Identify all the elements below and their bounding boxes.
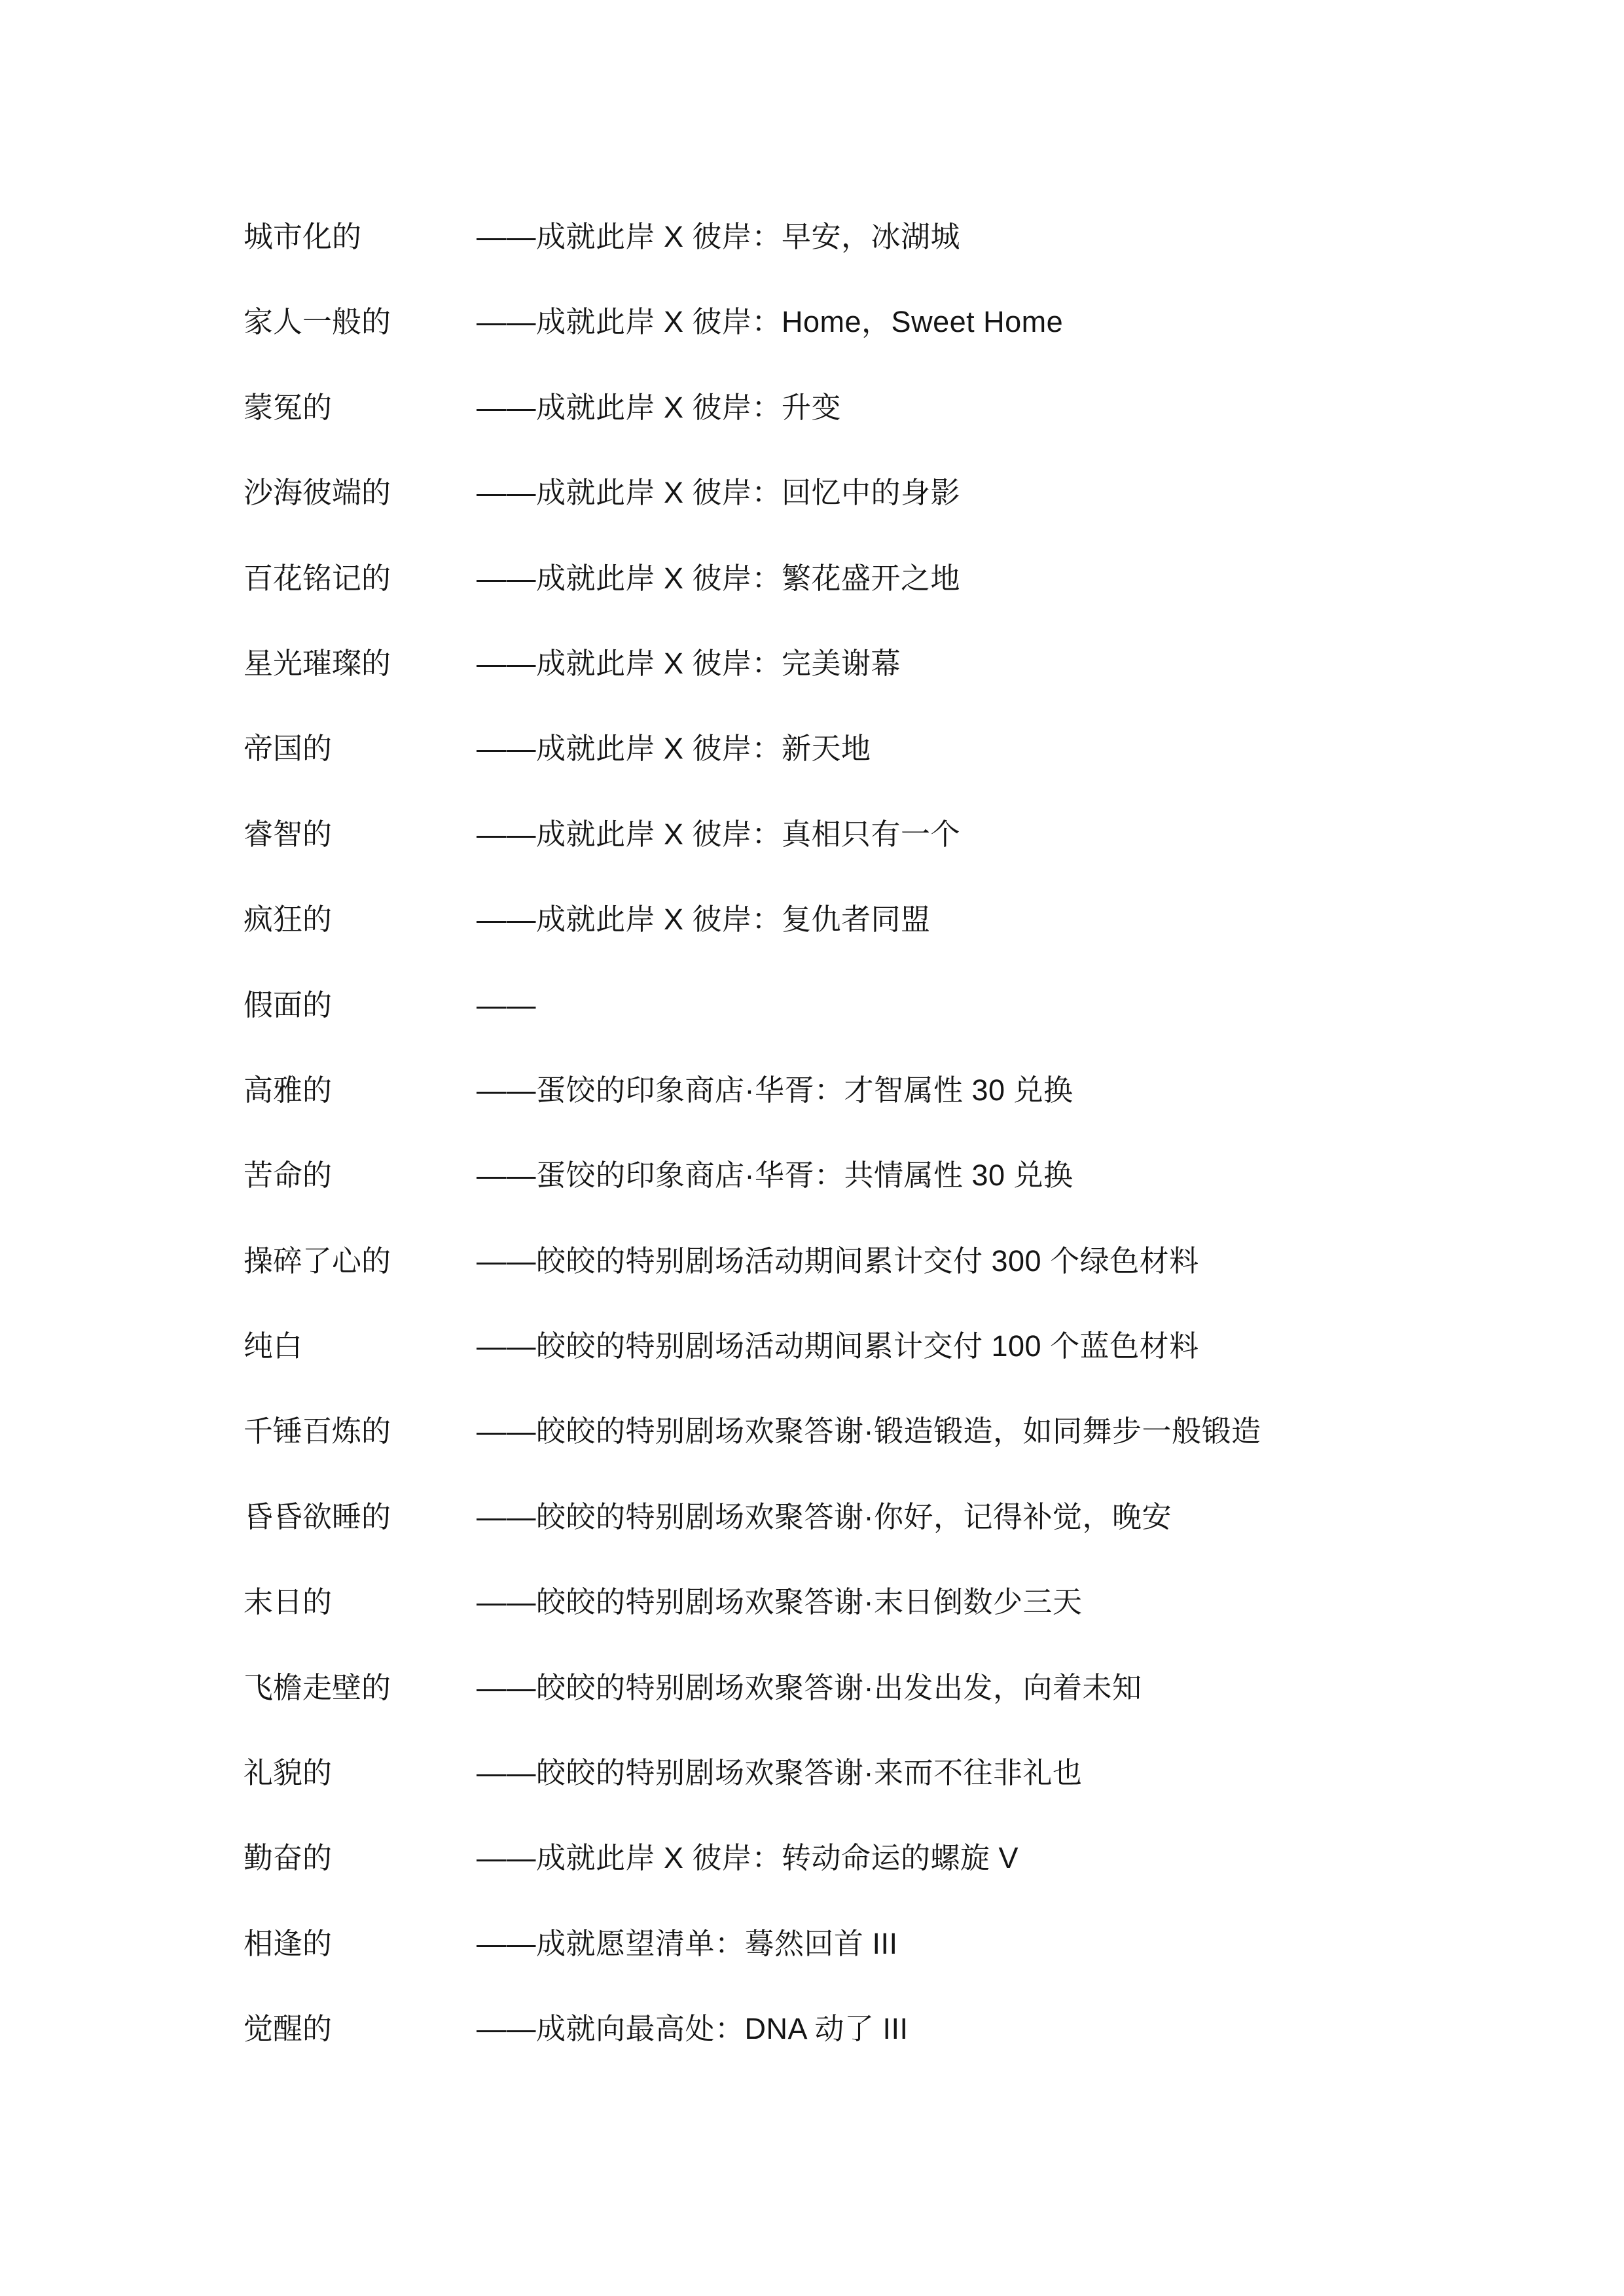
entry-source-description: ——成就此岸 X 彼岸：早安，冰湖城: [477, 220, 960, 254]
entry-source-description: ——皎皎的特别剧场欢聚答谢·出发出发，向着未知: [477, 1671, 1142, 1705]
entry-title-prefix: 帝国的: [244, 732, 477, 766]
entry-source-description: ——成就此岸 X 彼岸：回忆中的身影: [477, 476, 960, 510]
entry-title-prefix: 苦命的: [244, 1158, 477, 1193]
entry-title-prefix: 睿智的: [244, 817, 477, 852]
entry-title-prefix: 操碎了心的: [244, 1244, 477, 1278]
entry-title-prefix: 勤奋的: [244, 1841, 477, 1875]
entry-title-prefix: 蒙冤的: [244, 391, 477, 425]
entry-row: 苦命的 ——蛋饺的印象商店·华胥：共情属性 30 兑换: [244, 1158, 1545, 1244]
entry-source-description: ——成就此岸 X 彼岸：转动命运的螺旋 V: [477, 1841, 1019, 1875]
entry-source-description: ——成就此岸 X 彼岸：复仇者同盟: [477, 903, 931, 937]
entry-row: 末日的 ——皎皎的特别剧场欢聚答谢·末日倒数少三天: [244, 1585, 1545, 1670]
entry-source-description: ——成就此岸 X 彼岸：完美谢幕: [477, 647, 901, 681]
entry-source-description: ——皎皎的特别剧场活动期间累计交付 300 个绿色材料: [477, 1244, 1199, 1278]
entry-row: 高雅的 ——蛋饺的印象商店·华胥：才智属性 30 兑换: [244, 1073, 1545, 1158]
entry-row: 蒙冤的 ——成就此岸 X 彼岸：升变: [244, 391, 1545, 476]
entry-row: 昏昏欲睡的 ——皎皎的特别剧场欢聚答谢·你好，记得补觉，晚安: [244, 1500, 1545, 1585]
entry-source-description: ——成就向最高处：DNA 动了 III: [477, 2012, 909, 2046]
entry-source-description: ——蛋饺的印象商店·华胥：共情属性 30 兑换: [477, 1158, 1074, 1193]
entry-title-prefix: 城市化的: [244, 220, 477, 254]
entry-source-description: ——皎皎的特别剧场活动期间累计交付 100 个蓝色材料: [477, 1329, 1199, 1363]
entry-title-prefix: 千锤百炼的: [244, 1414, 477, 1448]
entry-title-prefix: 高雅的: [244, 1073, 477, 1107]
entry-source-description: ——成就愿望清单：蓦然回首 III: [477, 1927, 898, 1961]
entry-title-prefix: 假面的: [244, 988, 477, 1022]
entry-source-description: ——: [477, 988, 536, 1022]
entry-source-description: ——成就此岸 X 彼岸：新天地: [477, 732, 871, 766]
entry-source-description: ——皎皎的特别剧场欢聚答谢·你好，记得补觉，晚安: [477, 1500, 1172, 1534]
entry-row: 千锤百炼的 ——皎皎的特别剧场欢聚答谢·锻造锻造，如同舞步一般锻造: [244, 1414, 1545, 1499]
entry-row: 疯狂的 ——成就此岸 X 彼岸：复仇者同盟: [244, 903, 1545, 988]
entry-row: 沙海彼端的 ——成就此岸 X 彼岸：回忆中的身影: [244, 476, 1545, 561]
entry-row: 睿智的 ——成就此岸 X 彼岸：真相只有一个: [244, 817, 1545, 903]
entry-row: 相逢的 ——成就愿望清单：蓦然回首 III: [244, 1927, 1545, 2012]
entry-title-prefix: 昏昏欲睡的: [244, 1500, 477, 1534]
entry-row: 星光璀璨的 ——成就此岸 X 彼岸：完美谢幕: [244, 647, 1545, 732]
entry-title-prefix: 星光璀璨的: [244, 647, 477, 681]
entry-source-description: ——皎皎的特别剧场欢聚答谢·来而不往非礼也: [477, 1756, 1083, 1790]
entry-title-prefix: 家人一般的: [244, 305, 477, 339]
entry-source-description: ——皎皎的特别剧场欢聚答谢·锻造锻造，如同舞步一般锻造: [477, 1414, 1261, 1448]
entry-row: 家人一般的 ——成就此岸 X 彼岸：Home，Sweet Home: [244, 305, 1545, 390]
entry-row: 飞檐走壁的 ——皎皎的特别剧场欢聚答谢·出发出发，向着未知: [244, 1671, 1545, 1756]
entry-row: 纯白 ——皎皎的特别剧场活动期间累计交付 100 个蓝色材料: [244, 1329, 1545, 1414]
entry-row: 操碎了心的 ——皎皎的特别剧场活动期间累计交付 300 个绿色材料: [244, 1244, 1545, 1329]
entry-row: 假面的 ——: [244, 988, 1545, 1073]
entry-source-description: ——皎皎的特别剧场欢聚答谢·末日倒数少三天: [477, 1585, 1083, 1619]
entry-title-prefix: 相逢的: [244, 1927, 477, 1961]
entry-title-prefix: 礼貌的: [244, 1756, 477, 1790]
entry-title-prefix: 疯狂的: [244, 903, 477, 937]
entry-title-prefix: 百花铭记的: [244, 562, 477, 596]
entry-title-prefix: 飞檐走壁的: [244, 1671, 477, 1705]
entry-source-description: ——蛋饺的印象商店·华胥：才智属性 30 兑换: [477, 1073, 1074, 1107]
entry-row: 城市化的 ——成就此岸 X 彼岸：早安，冰湖城: [244, 220, 1545, 305]
entry-row: 勤奋的 ——成就此岸 X 彼岸：转动命运的螺旋 V: [244, 1841, 1545, 1926]
entry-row: 帝国的 ——成就此岸 X 彼岸：新天地: [244, 732, 1545, 817]
entry-title-prefix: 沙海彼端的: [244, 476, 477, 510]
entry-source-description: ——成就此岸 X 彼岸：繁花盛开之地: [477, 562, 960, 596]
entry-title-prefix: 末日的: [244, 1585, 477, 1619]
entry-source-description: ——成就此岸 X 彼岸：Home，Sweet Home: [477, 305, 1063, 339]
entry-row: 礼貌的 ——皎皎的特别剧场欢聚答谢·来而不往非礼也: [244, 1756, 1545, 1841]
document-page: 城市化的 ——成就此岸 X 彼岸：早安，冰湖城 家人一般的 ——成就此岸 X 彼…: [0, 0, 1624, 2296]
entry-source-description: ——成就此岸 X 彼岸：升变: [477, 391, 841, 425]
entry-row: 百花铭记的 ——成就此岸 X 彼岸：繁花盛开之地: [244, 562, 1545, 647]
entry-list: 城市化的 ——成就此岸 X 彼岸：早安，冰湖城 家人一般的 ——成就此岸 X 彼…: [244, 220, 1545, 2098]
entry-source-description: ——成就此岸 X 彼岸：真相只有一个: [477, 817, 960, 852]
entry-title-prefix: 觉醒的: [244, 2012, 477, 2046]
entry-row: 觉醒的 ——成就向最高处：DNA 动了 III: [244, 2012, 1545, 2097]
entry-title-prefix: 纯白: [244, 1329, 477, 1363]
